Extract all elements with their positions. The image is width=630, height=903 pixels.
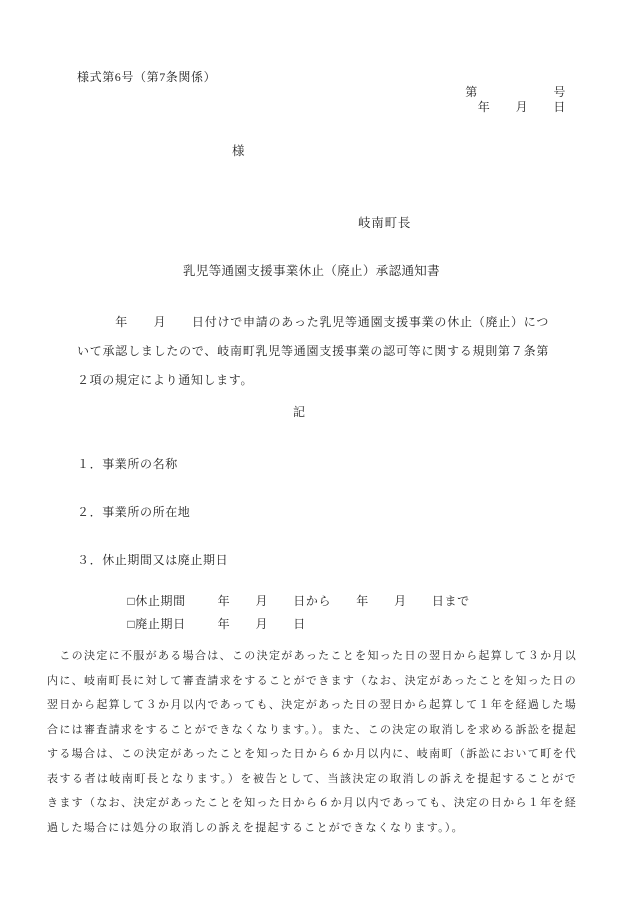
body-paragraph: 年 月 日付けで申請のあった乳児等通園支援事業の休止（廃止）について承認しました… xyxy=(77,308,549,395)
document-number-line: 第 号 xyxy=(465,85,566,100)
form-number-label: 様式第6号（第7条関係） xyxy=(77,68,216,85)
appeal-instructions-note: この決定に不服がある場合は、この決定があったことを知った日の翌日から起算して３か… xyxy=(47,644,577,840)
document-page: 様式第6号（第7条関係） 第 号 年 月 日 様 岐南町長 乳児等通園支援事業休… xyxy=(0,0,630,903)
addressee-honorific: 様 xyxy=(232,141,245,159)
list-item-business-address: ２．事業所の所在地 xyxy=(77,503,190,520)
list-item-business-name: １．事業所の名称 xyxy=(77,455,178,472)
document-number-date-block: 第 号 年 月 日 xyxy=(465,85,566,115)
abolition-date-row: □廃止期日年 月 日 xyxy=(113,600,306,647)
date-fields: 年 月 日 xyxy=(218,617,306,631)
document-title: 乳児等通園支援事業休止（廃止）承認通知書 xyxy=(183,261,440,279)
list-item-suspension-period: ３．休止期間又は廃止期日 xyxy=(77,551,228,568)
issuer-name: 岐南町長 xyxy=(358,213,411,231)
document-date-line: 年 月 日 xyxy=(465,100,566,115)
record-marker: 記 xyxy=(293,403,306,420)
checkbox-label: 廃止期日 xyxy=(135,617,185,631)
